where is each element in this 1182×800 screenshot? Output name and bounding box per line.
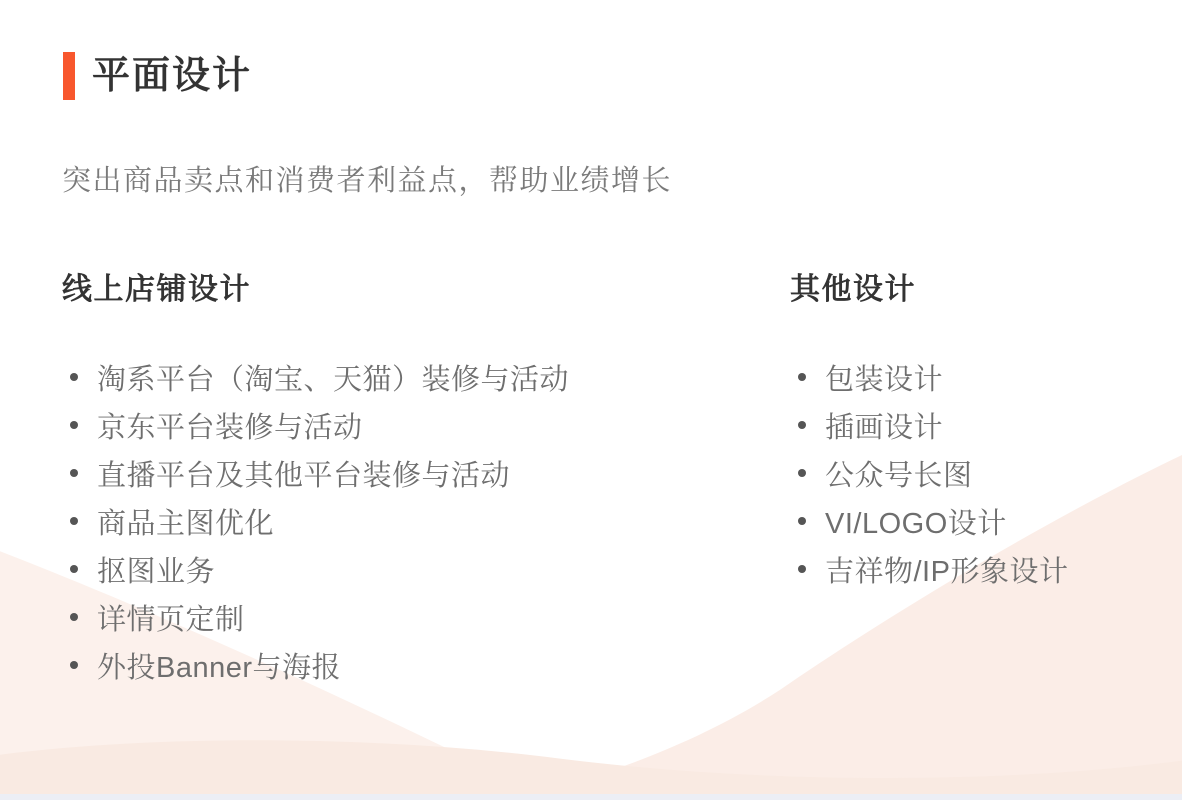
column-heading-online-store: 线上店铺设计: [62, 272, 790, 308]
service-item-label: 包装设计: [825, 357, 943, 398]
list-item: 淘系平台（淘宝、天猫）装修与活动: [62, 353, 790, 401]
list-item: 外投Banner与海报: [62, 641, 790, 689]
bullet-icon: [70, 469, 78, 477]
other-design-column: 其他设计 包装设计 插画设计 公众号长图 VI/LOGO设计: [790, 272, 1182, 593]
service-item-label: VI/LOGO设计: [825, 501, 1007, 542]
next-section-edge: [0, 794, 1182, 800]
list-item: 抠图业务: [62, 545, 790, 593]
list-item: 吉祥物/IP形象设计: [790, 545, 1182, 593]
other-design-service-list: 包装设计 插画设计 公众号长图 VI/LOGO设计 吉祥物/IP形象设计: [790, 353, 1182, 593]
online-store-design-column: 线上店铺设计 淘系平台（淘宝、天猫）装修与活动 京东平台装修与活动 直播平台及其…: [62, 272, 790, 689]
bullet-icon: [798, 421, 806, 429]
bullet-icon: [798, 373, 806, 381]
service-item-label: 商品主图优化: [97, 501, 274, 542]
service-item-label: 吉祥物/IP形象设计: [825, 549, 1068, 590]
bullet-icon: [70, 661, 78, 669]
service-item-label: 详情页定制: [97, 597, 245, 638]
list-item: 京东平台装修与活动: [62, 401, 790, 449]
list-item: 插画设计: [790, 401, 1182, 449]
bullet-icon: [798, 517, 806, 525]
service-item-label: 外投Banner与海报: [97, 645, 341, 686]
list-item: 详情页定制: [62, 593, 790, 641]
bullet-icon: [798, 469, 806, 477]
graphic-design-section: 平面设计 突出商品卖点和消费者利益点，帮助业绩增长 线上店铺设计 淘系平台（淘宝…: [0, 0, 1182, 800]
service-item-label: 淘系平台（淘宝、天猫）装修与活动: [97, 357, 569, 398]
column-heading-other-design: 其他设计: [790, 272, 1182, 308]
bullet-icon: [70, 517, 78, 525]
list-item: VI/LOGO设计: [790, 497, 1182, 545]
service-item-label: 直播平台及其他平台装修与活动: [97, 453, 510, 494]
service-item-label: 插画设计: [825, 405, 943, 446]
list-item: 商品主图优化: [62, 497, 790, 545]
service-item-label: 京东平台装修与活动: [97, 405, 363, 446]
title-accent-bar: [63, 52, 75, 100]
bullet-icon: [70, 421, 78, 429]
service-columns: 线上店铺设计 淘系平台（淘宝、天猫）装修与活动 京东平台装修与活动 直播平台及其…: [62, 272, 1182, 689]
page-title: 平面设计: [92, 52, 252, 100]
bullet-icon: [70, 613, 78, 621]
service-item-label: 抠图业务: [97, 549, 215, 590]
list-item: 包装设计: [790, 353, 1182, 401]
service-item-label: 公众号长图: [825, 453, 973, 494]
bullet-icon: [70, 373, 78, 381]
bullet-icon: [798, 565, 806, 573]
bullet-icon: [70, 565, 78, 573]
online-store-service-list: 淘系平台（淘宝、天猫）装修与活动 京东平台装修与活动 直播平台及其他平台装修与活…: [62, 353, 790, 689]
list-item: 直播平台及其他平台装修与活动: [62, 449, 790, 497]
page-subtitle: 突出商品卖点和消费者利益点，帮助业绩增长: [62, 164, 672, 198]
list-item: 公众号长图: [790, 449, 1182, 497]
